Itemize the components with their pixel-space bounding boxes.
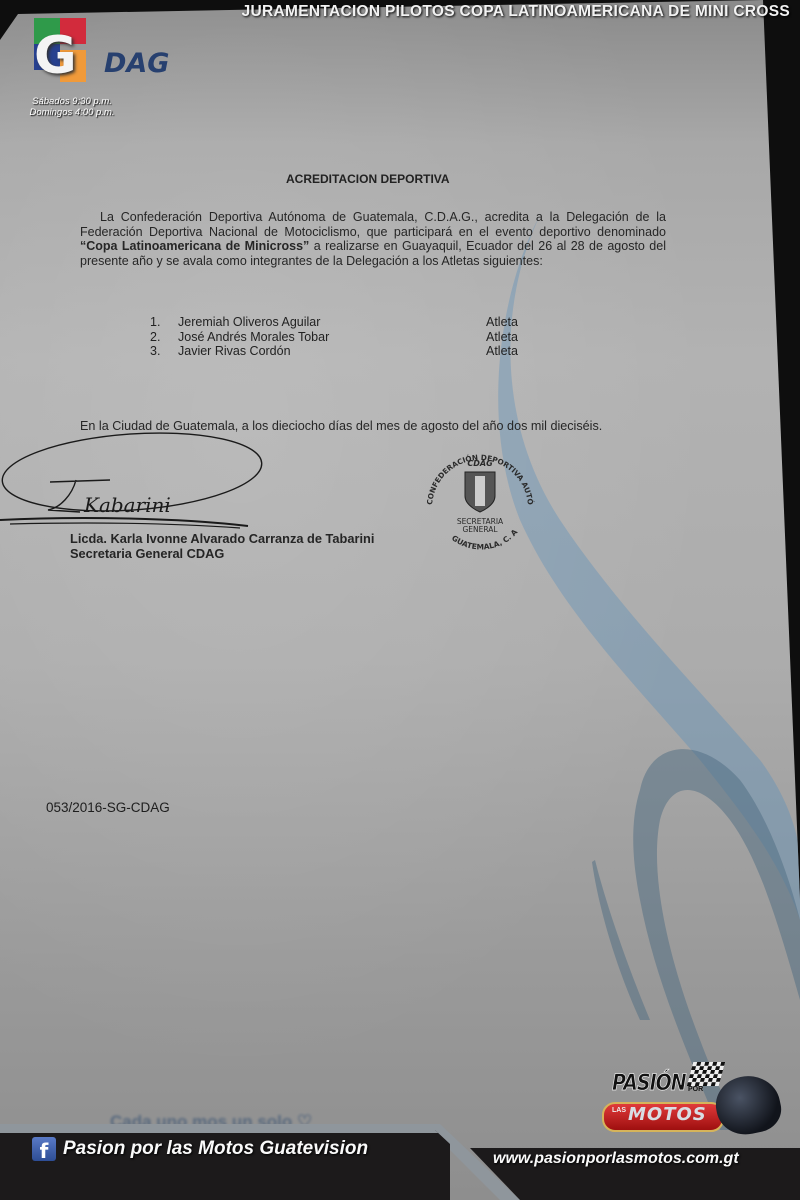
athlete-number: 2. (150, 330, 160, 344)
brand-logo-small2: LAS (612, 1107, 626, 1114)
signature-icon: Kabarini (0, 430, 300, 540)
checkered-flag-icon (687, 1062, 725, 1086)
official-seal-icon: CONFEDERACIÓN DEPORTIVA AUTÓNOMA DE GUAT… (414, 436, 544, 566)
channel-logo-icon: G DAG (30, 16, 190, 96)
broadcast-title: JURAMENTACION PILOTOS COPA LATINOAMERICA… (242, 3, 790, 21)
signer-title: Secretaria General CDAG (70, 546, 374, 561)
athlete-name: Jeremiah Oliveros Aguilar (178, 315, 320, 329)
signer-name: Licda. Karla Ivonne Alvarado Carranza de… (70, 531, 374, 546)
broadcast-schedule: Sábados 9:30 p.m. Domingos 4:00 p.m. (22, 96, 122, 118)
schedule-sunday: Domingos 4:00 p.m. (22, 107, 122, 118)
website-link[interactable]: www.pasionporlasmotos.com.gt (493, 1150, 739, 1168)
facebook-icon[interactable]: f (32, 1137, 56, 1161)
seal-center-top: CDAG (467, 459, 493, 468)
channel-logo-letter: G (34, 30, 77, 82)
event-name: “Copa Latinoamericana de Minicross” (80, 239, 309, 253)
schedule-saturday: Sábados 9:30 p.m. (22, 96, 122, 107)
helmet-icon (711, 1070, 786, 1140)
signer-block: Licda. Karla Ivonne Alvarado Carranza de… (70, 531, 374, 561)
document-body: La Confederación Deportiva Autónoma de G… (80, 210, 666, 268)
seal-center-line2: GENERAL (462, 525, 498, 534)
athlete-name: Javier Rivas Cordón (178, 344, 291, 358)
athlete-role: Atleta (486, 315, 518, 329)
athlete-number: 1. (150, 315, 160, 329)
brand-logo-small1: POR (688, 1086, 703, 1093)
athlete-name: José Andrés Morales Tobar (178, 330, 329, 344)
athlete-role: Atleta (486, 344, 518, 358)
brand-logo-line2: MOTOS (628, 1104, 707, 1125)
brand-logo: PASIÓN POR LAS MOTOS (598, 1058, 788, 1148)
list-item: 1. Jeremiah Oliveros Aguilar Atleta (150, 315, 530, 330)
body-text-part1: La Confederación Deportiva Autónoma de G… (80, 210, 666, 239)
athlete-number: 3. (150, 344, 160, 358)
athlete-list: 1. Jeremiah Oliveros Aguilar Atleta 2. J… (150, 315, 530, 359)
channel-logo-text: DAG (104, 48, 169, 79)
list-item: 3. Javier Rivas Cordón Atleta (150, 344, 530, 359)
list-item: 2. José Andrés Morales Tobar Atleta (150, 330, 530, 345)
reference-number: 053/2016-SG-CDAG (46, 800, 170, 815)
facebook-page-link[interactable]: Pasion por las Motos Guatevision (63, 1138, 368, 1160)
athlete-role: Atleta (486, 330, 518, 344)
signature-text: Kabarini (83, 493, 171, 517)
document-title: ACREDITACION DEPORTIVA (286, 172, 450, 186)
brand-logo-line1: PASIÓN (612, 1070, 686, 1095)
